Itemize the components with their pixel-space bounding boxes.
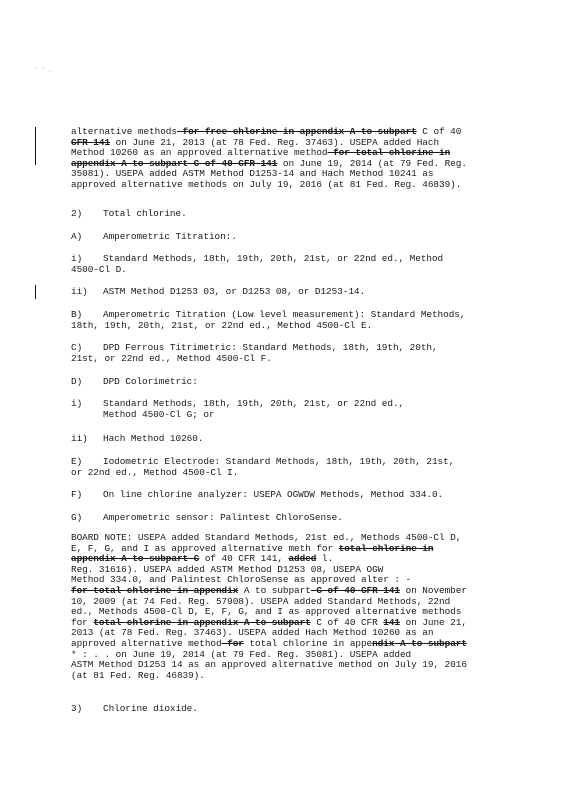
item-text: Chlorine dioxide. (103, 703, 198, 714)
item-line: A)Amperometric Titration:. (71, 232, 511, 243)
struck-text: CFR 141 (71, 137, 110, 148)
text-run: l. (316, 553, 333, 564)
text-run: alternative methods (71, 126, 177, 137)
text-run: E, F, G, and I as approved alternative m… (71, 543, 339, 554)
text-run: on June 21, (400, 617, 467, 628)
list-item: F)On line chlorine analyzer: USEPA OGWDW… (71, 490, 511, 501)
item-line: 18th, 19th, 20th, 21st, or 22nd ed., Met… (71, 321, 511, 332)
text-run: of 40 CFR 141, (199, 553, 288, 564)
item-line: G)Amperometric sensor: Palintest ChloroS… (71, 513, 511, 524)
text-run: 2013 (at 78 Fed. Reg. 37463). USEPA adde… (71, 627, 433, 638)
struck-text: for free chlorine in appendix A to subpa… (177, 126, 417, 137)
text-run: (at 81 Fed. Reg. 46839). (71, 670, 205, 681)
struck-text: added (288, 553, 316, 564)
item-text: 18th, 19th, 20th, 21st, or 22nd ed., Met… (71, 320, 372, 331)
text-run: 35081). USEPA added ASTM Method D1253-14… (71, 168, 433, 179)
item-text: Method 4500-Cl G; or (103, 409, 215, 420)
item-text: Standard Methods, 18th, 19th, 20th, 21st… (103, 398, 404, 409)
item-line: Method 4500-Cl G; or (71, 410, 511, 421)
item-number: F) (71, 490, 103, 501)
text-run: C of 40 CFR (311, 617, 384, 628)
document-page: ' ' , alternative methods for free chlor… (0, 0, 566, 800)
list-item: i)Standard Methods, 18th, 19th, 20th, 21… (71, 399, 511, 420)
item-text: Amperometric sensor: Palintest ChloroSen… (103, 512, 343, 523)
list-item: C)DPD Ferrous Titrimetric: Standard Meth… (71, 343, 511, 364)
item-number: i) (71, 399, 103, 410)
struck-text: appendix A to subpart C of 40 CFR 141 (71, 158, 277, 169)
item-number: G) (71, 513, 103, 524)
item-number: ii) (71, 287, 103, 298)
paragraph-line: approved alternative methods on July 19,… (71, 180, 511, 191)
text-run: Method 10260 as an approved alternative … (71, 147, 328, 158)
list-item: E)Iodometric Electrode: Standard Methods… (71, 457, 511, 478)
item-line: ii)ASTM Method D1253 03, or D1253 08, or… (71, 287, 511, 298)
item-text: Amperometric Titration (Low level measur… (103, 309, 465, 320)
item-line: 21st, or 22nd ed., Method 4500-Cl F. (71, 354, 511, 365)
item-text: On line chlorine analyzer: USEPA OGWDW M… (103, 489, 443, 500)
item-chlorine-dioxide: 3)Chlorine dioxide. (71, 704, 511, 715)
struck-text: for total chlorine in (328, 147, 451, 158)
text-run: for (71, 617, 93, 628)
item-text: DPD Ferrous Titrimetric: Standard Method… (103, 342, 438, 353)
item-line: F)On line chlorine analyzer: USEPA OGWDW… (71, 490, 511, 501)
list-item: i)Standard Methods, 18th, 19th, 20th, 21… (71, 254, 511, 275)
note-line: (at 81 Fed. Reg. 46839). (71, 671, 511, 682)
item-line: 2)Total chlorine. (71, 209, 511, 220)
text-run: on June 21, 2013 (at 78 Fed. Reg. 37463)… (110, 137, 439, 148)
text-run: ed., Methods 4500-Cl D, E, F, G, and I a… (71, 606, 461, 617)
struck-text: ndix A to subpart (372, 638, 467, 649)
text-run: approved alternative methods on July 19,… (71, 179, 461, 190)
text-run: A to subpart (238, 585, 311, 596)
text-run: total chlorine in appe (244, 638, 372, 649)
text-run: on November (400, 585, 467, 596)
text-run: approved alternative method (71, 638, 222, 649)
struck-text: appendix A to subpart C (71, 553, 199, 564)
text-run: ASTM Method D1253 14 as an approved alte… (71, 659, 467, 670)
item-line: 4500-Cl D. (71, 265, 511, 276)
struck-text: 141 (383, 617, 400, 628)
text-run: * : . . on June 19, 2014 (at 79 Fed. Reg… (71, 649, 411, 660)
text-run: BOARD NOTE: USEPA added Standard Methods… (71, 532, 461, 543)
item-text: Standard Methods, 18th, 19th, 20th, 21st… (103, 253, 443, 264)
item-line: ii)Hach Method 10260. (71, 434, 511, 445)
item-number: ii) (71, 434, 103, 445)
item-text: Amperometric Titration:. (103, 231, 237, 242)
item-text: DPD Colorimetric: (103, 376, 198, 387)
text-run: Reg. 31616). USEPA added ASTM Method D12… (71, 564, 383, 575)
struck-text: for (222, 638, 244, 649)
item-text: 4500-Cl D. (71, 264, 127, 275)
list-item: ii)Hach Method 10260. (71, 434, 511, 445)
board-note: BOARD NOTE: USEPA added Standard Methods… (71, 533, 511, 681)
item-number: D) (71, 377, 103, 388)
item-text: or 22nd ed., Method 4500-Cl I. (71, 467, 238, 478)
change-bar (35, 285, 36, 299)
intro-paragraph: alternative methods for free chlorine in… (71, 127, 511, 191)
item-line: or 22nd ed., Method 4500-Cl I. (71, 468, 511, 479)
list-item: D)DPD Colorimetric: (71, 377, 511, 388)
list-item: B)Amperometric Titration (Low level meas… (71, 310, 511, 331)
item-text: Hach Method 10260. (103, 433, 203, 444)
change-bar (35, 127, 36, 165)
text-run: Method 334.0, and Palintest ChloroSense … (71, 574, 411, 585)
struck-text: total chlorine in (339, 543, 434, 554)
scan-mark: ' ' , (34, 66, 52, 73)
text-run: on June 19, 2014 (at 79 Fed. Reg. (277, 158, 467, 169)
list-item: A)Amperometric Titration:. (71, 232, 511, 243)
item-number: 2) (71, 209, 103, 220)
struck-text: for total chlorine in appendix (71, 585, 238, 596)
list-item: G)Amperometric sensor: Palintest ChloroS… (71, 513, 511, 524)
item-line: D)DPD Colorimetric: (71, 377, 511, 388)
text-run: C of 40 (417, 126, 462, 137)
list-item: 2)Total chlorine. (71, 209, 511, 220)
item-text: Iodometric Electrode: Standard Methods, … (103, 456, 454, 467)
item-text: Total chlorine. (103, 208, 187, 219)
item-text: ASTM Method D1253 03, or D1253 08, or D1… (103, 286, 365, 297)
item-line: i)Standard Methods, 18th, 19th, 20th, 21… (71, 254, 511, 265)
item-number: A) (71, 232, 103, 243)
text-run: 10, 2009 (at 74 Fed. Reg. 57908). USEPA … (71, 596, 450, 607)
item-number: 3) (71, 704, 103, 715)
struck-text: total chlorine in appendix A to subpart (93, 617, 310, 628)
struck-text: C of 40 CFR 141 (311, 585, 400, 596)
item-text: 21st, or 22nd ed., Method 4500-Cl F. (71, 353, 272, 364)
list-item: ii)ASTM Method D1253 03, or D1253 08, or… (71, 287, 511, 298)
